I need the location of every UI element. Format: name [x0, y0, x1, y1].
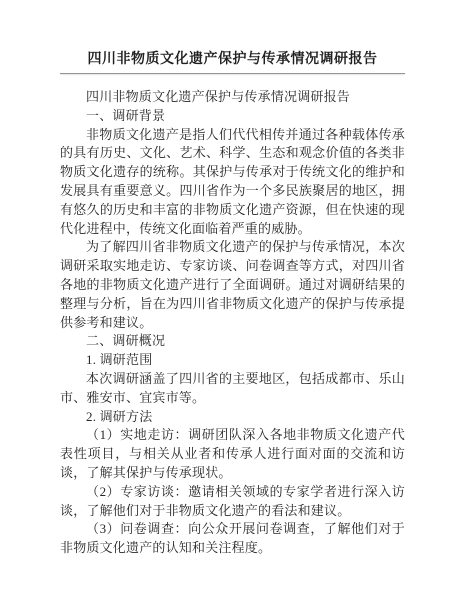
- document-body: 四川非物质文化遗产保护与传承情况调研报告一、调研背景非物质文化遗产是指人们代代相…: [60, 88, 405, 558]
- document-content: 四川非物质文化遗产保护与传承情况调研报告 四川非物质文化遗产保护与传承情况调研报…: [60, 0, 405, 558]
- document-title: 四川非物质文化遗产保护与传承情况调研报告: [60, 50, 405, 70]
- paragraph: 非物质文化遗产是指人们代代相传并通过各种载体传承的具有历史、文化、艺术、科学、生…: [60, 126, 405, 239]
- paragraph: 四川非物质文化遗产保护与传承情况调研报告: [60, 88, 405, 107]
- paragraph: （3）问卷调查：向公众开展问卷调查，了解他们对于非物质文化遗产的认知和关注程度。: [60, 520, 405, 558]
- paragraph: （2）专家访谈：邀请相关领域的专家学者进行深入访谈，了解他们对于非物质文化遗产的…: [60, 483, 405, 521]
- paragraph: 1. 调研范围: [60, 351, 405, 370]
- document-page: 四川非物质文化遗产保护与传承情况调研报告 四川非物质文化遗产保护与传承情况调研报…: [0, 0, 463, 600]
- paragraph: 一、调研背景: [60, 107, 405, 126]
- paragraph: 2. 调研方法: [60, 408, 405, 427]
- paragraph: （1）实地走访：调研团队深入各地非物质文化遗产代表性项目，与相关从业者和传承人进…: [60, 426, 405, 482]
- paragraph: 为了解四川省非物质文化遗产的保护与传承情况，本次调研采取实地走访、专家访谈、问卷…: [60, 238, 405, 332]
- paragraph: 二、调研概况: [60, 332, 405, 351]
- title-divider: [60, 73, 405, 74]
- paragraph: 本次调研涵盖了四川省的主要地区，包括成都市、乐山市、雅安市、宜宾市等。: [60, 370, 405, 408]
